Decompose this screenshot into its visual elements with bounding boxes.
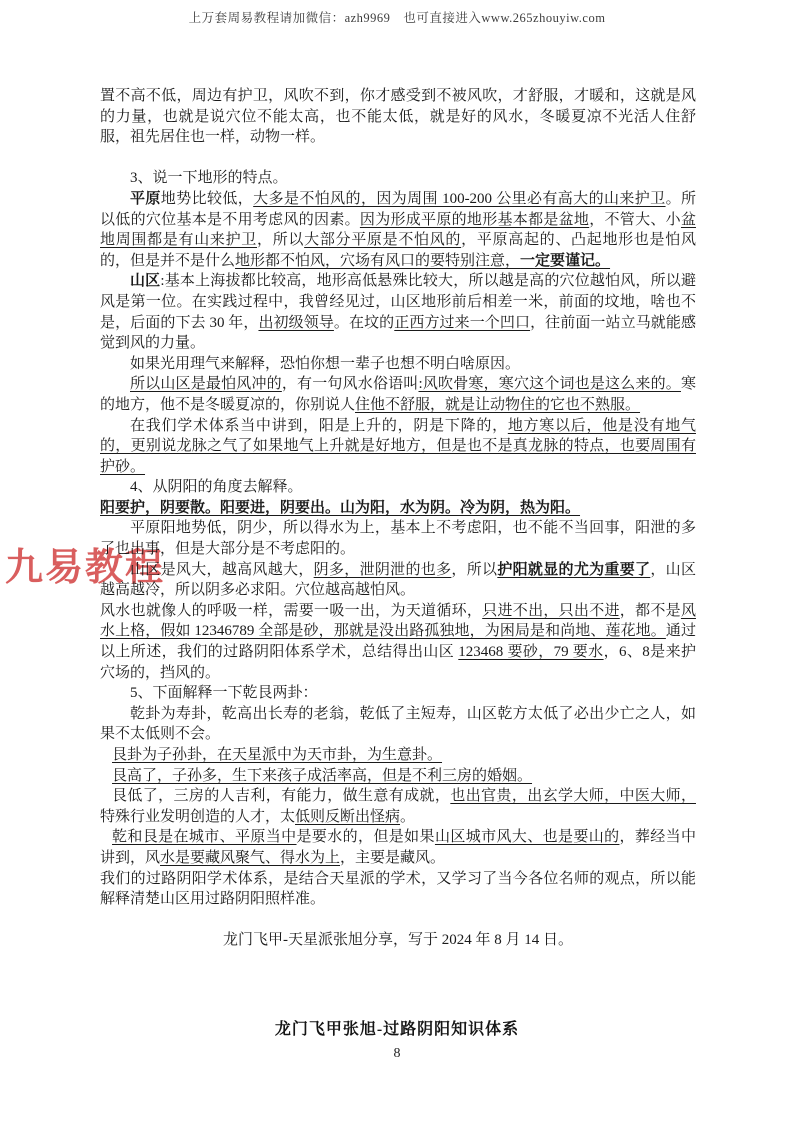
text-run: 风水也就像人的呼吸一样，需要一吸一出，为天道循环，	[100, 603, 482, 619]
paragraph: 乾卦为寿卦，乾高出长寿的老翁，乾低了主短寿，山区乾方太低了必出少亡之人，如果不太…	[100, 704, 696, 745]
text-run: ，都不是	[620, 603, 681, 619]
text-run: 平原	[130, 191, 161, 207]
text-run: 地形都不怕风，穴场有风口的要特别注意，	[235, 253, 520, 269]
text-run: 5、下面解释一下乾艮两卦：	[130, 685, 318, 701]
text-run: 艮高了，子孙多，生下来孩子成活率高，但是不利三房的婚姻。	[112, 768, 532, 784]
text-run: 4、从阴阳的角度去解释。	[130, 479, 303, 495]
text-run: 。在坟的	[334, 315, 394, 331]
paragraph: 5、下面解释一下乾艮两卦：	[100, 683, 696, 704]
paragraph: 龙门飞甲-天星派张旭分享，写于 2024 年 8 月 14 日。	[100, 930, 696, 951]
text-run: ，所以	[451, 562, 497, 578]
paragraph: 所以山区是最怕风冲的，有一句风水俗语叫:风吹骨寒，寒穴这个词也是这么来的。寒的地…	[100, 374, 696, 415]
text-run: :风吹骨寒，寒穴这个词也是这么来的。	[419, 376, 681, 392]
page-header-contact-line: 上万套周易教程请加微信：azh9969 也可直接进入www.265zhouyiw…	[0, 8, 794, 26]
text-run: 住他不舒服，就是让动物住的它也不熟服。	[355, 397, 640, 413]
page-number: 8	[0, 1046, 794, 1062]
text-run: 艮卦为子孙卦，在天星派中为天市卦，为生意卦。	[112, 747, 442, 763]
text-run: ，不管大、小	[589, 212, 681, 228]
text-run: 山区	[130, 273, 160, 289]
paragraph: 乾和艮是在城市、平原当中是要水的，但是如果山区城市风大、也是要山的，葬经当中讲到…	[100, 827, 696, 868]
text-run: 一定要谨记。	[520, 253, 610, 269]
text-run: 如果光用理气来解释，恐怕你想一辈子也想不明白啥原因。	[130, 356, 520, 372]
text-run: 平原阳地势低，阴少，所以得水为上，基本上不考虑阳，也不能不当回事，阳泄的多了也出…	[100, 520, 696, 557]
paragraph: 3、说一下地形的特点。	[100, 168, 696, 189]
text-run: 山区城市风大、也是要山的	[435, 829, 620, 845]
text-run: 水是要藏风聚气、得水为上	[160, 850, 340, 866]
footer-title: 龙门飞甲张旭-过路阴阳知识体系	[0, 1016, 794, 1039]
text-run: 置不高不低，周边有护卫，风吹不到，你才感受到不被风吹，才舒服，才暖和，这就是风的…	[100, 88, 696, 145]
text-run: 地势比较低，	[161, 191, 253, 207]
text-run: 山区是风大，越高风越大，	[130, 562, 314, 578]
page-footer: 龙门飞甲张旭-过路阴阳知识体系 8	[0, 1016, 794, 1062]
text-run: 出初级领导	[258, 315, 333, 331]
text-run: ，主要是藏风。	[340, 850, 445, 866]
text-run: 大部分平原是不怕风的	[304, 232, 461, 248]
paragraph: 平原地势比较低，大多是不怕风的，因为周围 100-200 公里必有高大的山来护卫…	[100, 189, 696, 271]
text-run: 在我们学术体系当中讲到，阳是上升的，阴是下降的，	[130, 418, 508, 434]
text-run: 因为形成平原的地形基本都是盆地	[360, 212, 589, 228]
paragraph: 平原阳地势低，阴少，所以得水为上，基本上不考虑阳，也不能不当回事，阳泄的多了也出…	[100, 518, 696, 559]
text-run: 。	[400, 809, 415, 825]
text-run: 龙门飞甲-天星派张旭分享，写于 2024 年 8 月 14 日。	[223, 932, 573, 948]
paragraph: 如果光用理气来解释，恐怕你想一辈子也想不明白啥原因。	[100, 354, 696, 375]
text-run: 特殊行业发明创造的人才，太	[100, 809, 295, 825]
text-run: 乾和艮是在城市、平原当中	[112, 829, 297, 845]
text-run: 是要水的，但是如果	[297, 829, 435, 845]
paragraph: 艮低了，三房的人吉利，有能力，做生意有成就，也出官贵，出玄学大师，中医大师，特殊…	[100, 786, 696, 827]
text-run: ，所以	[257, 232, 304, 248]
text-run: 护阳就显的尤为重要了	[497, 562, 650, 578]
text-run: 阳要护，阴要散。阳要进，阴要出。山为阳，水为阴。冷为阴，热为阳。	[100, 500, 580, 516]
text-run: 3、说一下地形的特点。	[130, 170, 288, 186]
text-run: 阴多，泄阴泄的也多	[314, 562, 452, 578]
text-run: 乾卦为寿卦，乾高出长寿的老翁，乾低了主短寿，山区乾方太低了必出少亡之人，如果不太…	[100, 706, 696, 743]
text-run: 所以山区是最怕风冲的	[130, 376, 282, 392]
paragraph: 我们的过路阴阳学术体系，是结合天星派的学术，又学习了当今各位名师的观点，所以能解…	[100, 869, 696, 910]
text-run: 123468 要砂，79 要水	[458, 644, 603, 660]
text-run: 正西方过来一个凹口	[394, 315, 530, 331]
text-run: 大多是不怕风的，因为周围 100-200 公里必有高大的山来护卫	[253, 191, 665, 207]
paragraph: 在我们学术体系当中讲到，阳是上升的，阴是下降的，地方寒以后，他是没有地气的，更别…	[100, 416, 696, 478]
paragraph: 阳要护，阴要散。阳要进，阴要出。山为阳，水为阴。冷为阴，热为阳。	[100, 498, 696, 519]
paragraph: 置不高不低，周边有护卫，风吹不到，你才感受到不被风吹，才舒服，才暖和，这就是风的…	[100, 86, 696, 148]
paragraph: 艮高了，子孙多，生下来孩子成活率高，但是不利三房的婚姻。	[100, 766, 696, 787]
paragraph: 山区是风大，越高风越大，阴多，泄阴泄的也多，所以护阳就显的尤为重要了，山区越高越…	[100, 560, 696, 601]
text-run: 也出官贵，出玄学大师，中医大师，	[450, 788, 696, 804]
document-body: 置不高不低，周边有护卫，风吹不到，你才感受到不被风吹，才舒服，才暖和，这就是风的…	[100, 86, 696, 951]
paragraph: 4、从阴阳的角度去解释。	[100, 477, 696, 498]
text-run: 低则反断出怪病	[295, 809, 400, 825]
paragraph: 山区:基本上海拔都比较高，地形高低悬殊比较大，所以越是高的穴位越怕风，所以避风是…	[100, 271, 696, 353]
text-run: ，有一句风水俗语叫	[282, 376, 419, 392]
text-run: 只进不出，只出不进	[482, 603, 620, 619]
document-page: 上万套周易教程请加微信：azh9969 也可直接进入www.265zhouyiw…	[0, 0, 794, 1123]
text-run: 我们的过路阴阳学术体系，是结合天星派的学术，又学习了当今各位名师的观点，所以能解…	[100, 871, 696, 908]
paragraph: 艮卦为子孙卦，在天星派中为天市卦，为生意卦。	[100, 745, 696, 766]
text-run: 艮低了，三房的人吉利，有能力，做生意有成就，	[112, 788, 450, 804]
paragraph: 风水也就像人的呼吸一样，需要一吸一出，为天道循环，只进不出，只出不进，都不是风水…	[100, 601, 696, 683]
